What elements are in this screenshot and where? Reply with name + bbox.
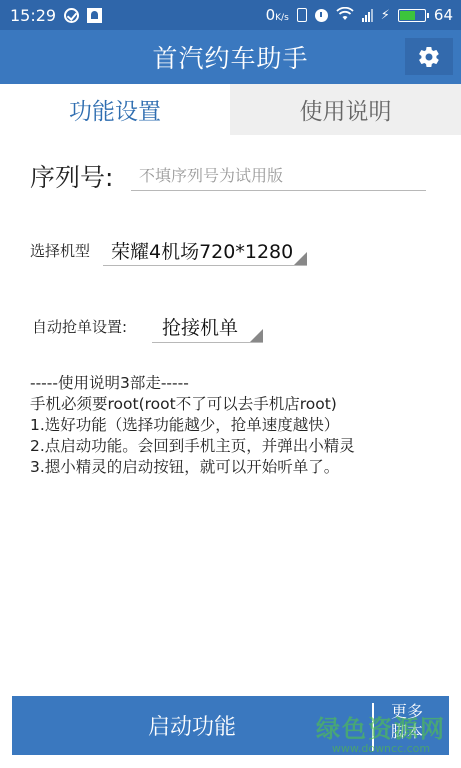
check-circle-icon bbox=[64, 8, 79, 23]
model-label: 选择机型 bbox=[30, 240, 90, 261]
instruction-line: 2.点启动功能。会回到手机主页，并弹出小精灵 bbox=[30, 436, 355, 457]
serial-input[interactable] bbox=[131, 160, 426, 191]
net-speed: 0K/s bbox=[266, 6, 289, 24]
more-scripts-line2: 脚本 bbox=[378, 722, 436, 742]
dropdown-triangle-icon bbox=[294, 252, 307, 265]
instructions-text: -----使用说明3部走----- 手机必须要root(root不了可以去手机店… bbox=[30, 373, 355, 478]
charging-icon: ⚡ bbox=[381, 8, 390, 23]
instruction-line: 1.选好功能（选择功能越少，抢单速度越快） bbox=[30, 415, 355, 436]
start-button[interactable]: 启动功能 bbox=[12, 710, 372, 741]
serial-label: 序列号: bbox=[30, 158, 113, 194]
divider bbox=[372, 703, 374, 751]
battery-icon bbox=[398, 9, 426, 22]
status-bar: 15:29 0K/s ⚡ 64 bbox=[0, 0, 461, 30]
status-time: 15:29 bbox=[10, 6, 56, 25]
battery-percent: 64 bbox=[434, 6, 453, 24]
app-title: 首汽约车助手 bbox=[152, 39, 308, 75]
model-selected-value: 荣耀4机场720*1280 bbox=[111, 237, 293, 264]
more-scripts-line1: 更多 bbox=[378, 702, 436, 722]
app-bar: 首汽约车助手 bbox=[0, 30, 461, 84]
gear-icon bbox=[417, 45, 441, 69]
dropdown-triangle-icon bbox=[250, 329, 263, 342]
model-select[interactable]: 荣耀4机场720*1280 bbox=[103, 232, 307, 266]
alarm-icon bbox=[315, 9, 328, 22]
tab-instructions[interactable]: 使用说明 bbox=[230, 84, 461, 135]
bottom-action-bar: 启动功能 更多 脚本 bbox=[12, 696, 449, 755]
auto-grab-label: 自动抢单设置: bbox=[32, 316, 127, 337]
notification-icon bbox=[87, 8, 102, 23]
signal-icon bbox=[362, 8, 373, 22]
serial-row: 序列号: bbox=[30, 158, 113, 194]
tab-function-settings[interactable]: 功能设置 bbox=[0, 84, 230, 135]
more-scripts-button[interactable]: 更多 脚本 bbox=[378, 702, 436, 750]
tab-bar: 功能设置 使用说明 bbox=[0, 84, 461, 135]
instruction-line: -----使用说明3部走----- bbox=[30, 373, 355, 394]
settings-button[interactable] bbox=[405, 38, 453, 75]
instruction-line: 手机必须要root(root不了可以去手机店root) bbox=[30, 394, 355, 415]
auto-grab-select[interactable]: 抢接机单 bbox=[152, 309, 263, 343]
wifi-icon bbox=[336, 7, 354, 24]
vibrate-icon bbox=[297, 8, 307, 22]
instruction-line: 3.摁小精灵的启动按钮，就可以开始听单了。 bbox=[30, 457, 355, 478]
auto-grab-selected-value: 抢接机单 bbox=[162, 313, 238, 340]
